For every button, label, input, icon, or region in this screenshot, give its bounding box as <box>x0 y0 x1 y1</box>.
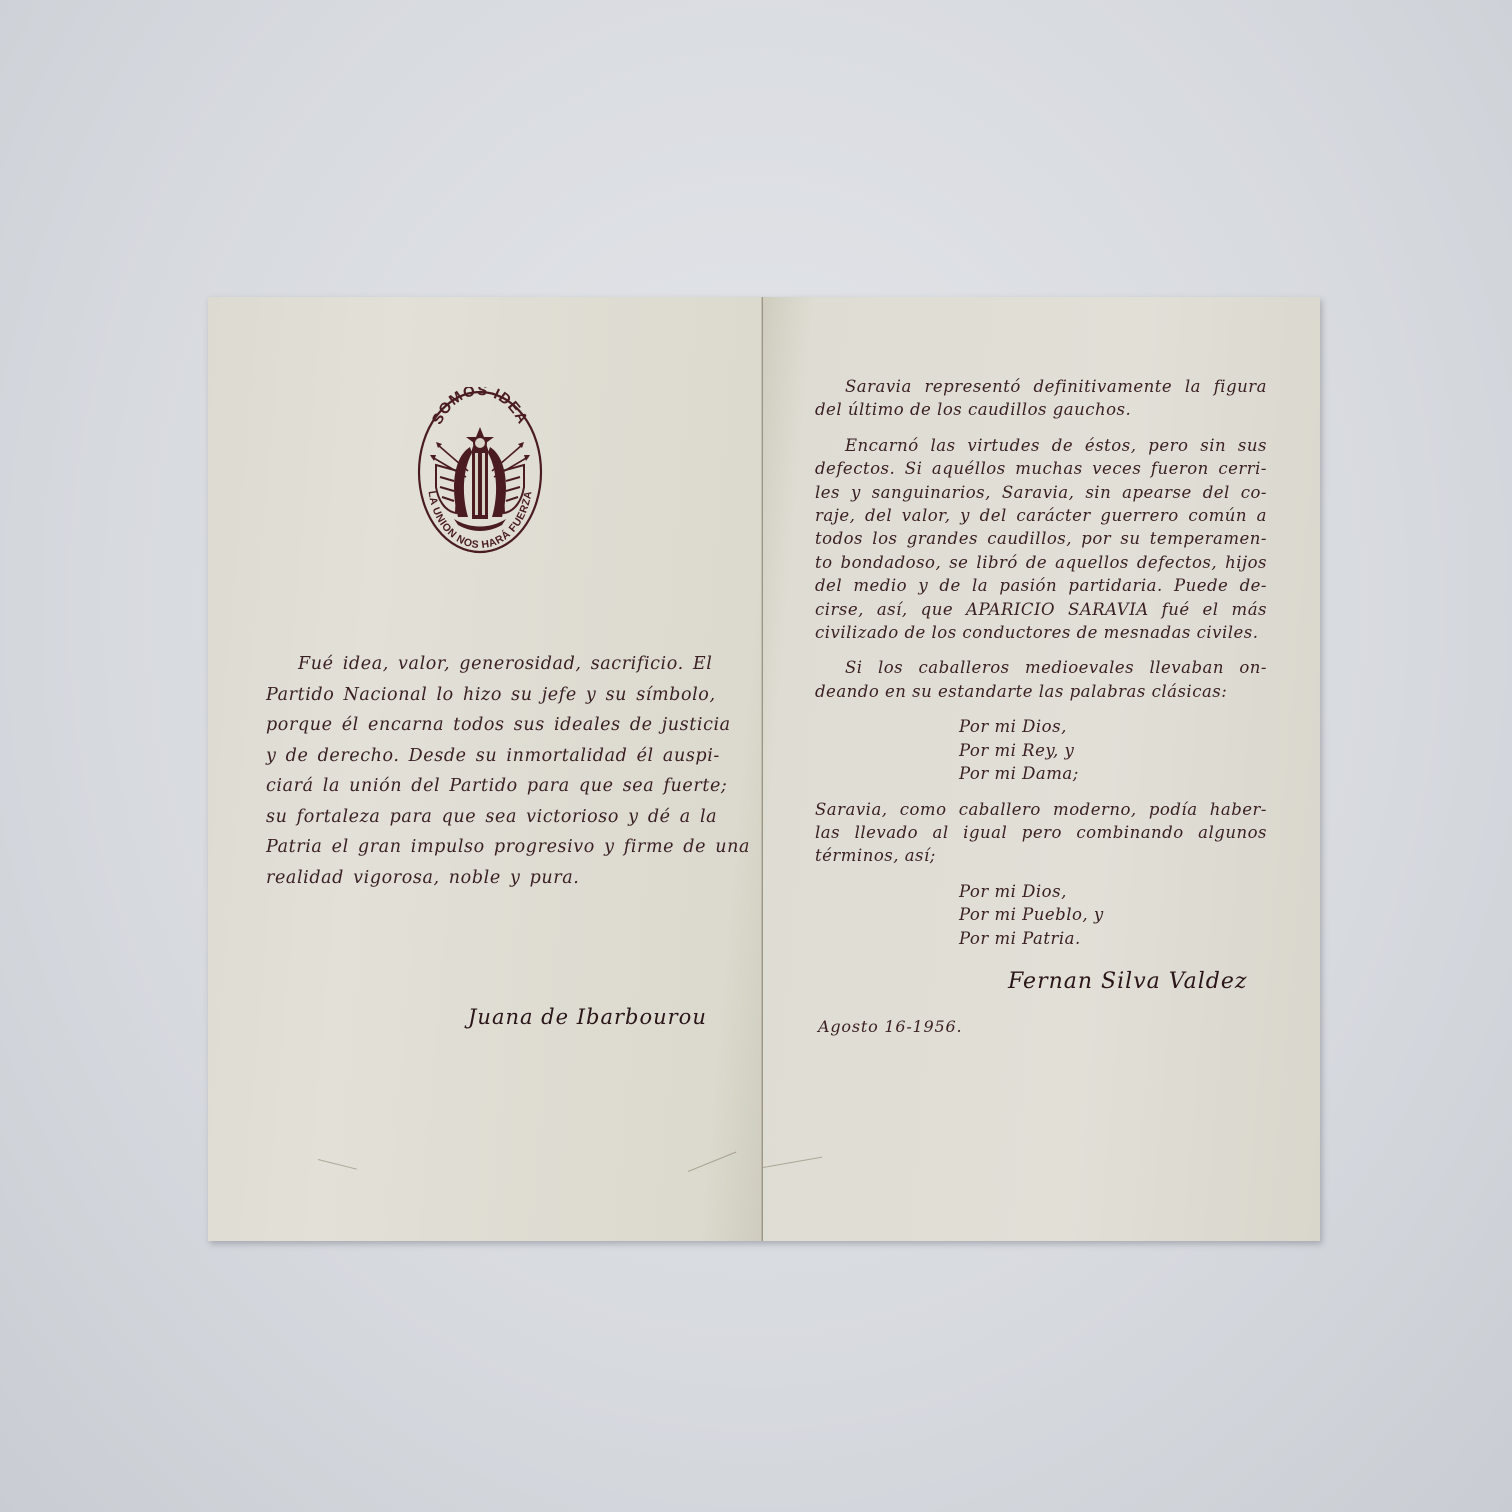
text-line: realidad vigorosa, noble y pura. <box>266 863 712 894</box>
text-line: del medio y de la pasión partidaria. Pue… <box>815 574 1267 597</box>
motto-line: Por mi Patria. <box>959 927 1267 950</box>
svg-text:SOMOS IDEA: SOMOS IDEA <box>429 387 532 427</box>
paragraph-2: Encarnó las virtudes de éstos, pero sin … <box>815 434 1267 645</box>
paragraph-1: Saravia representó definitivamente la fi… <box>815 375 1267 422</box>
party-seal-icon: SOMOS IDEA LA UNION NOS HARÁ FUERZA <box>414 387 546 557</box>
silva-valdez-text: Saravia representó definitivamente la fi… <box>815 375 1267 962</box>
paper-crease <box>318 1159 357 1170</box>
text-line: Encarnó las virtudes de éstos, pero sin … <box>815 434 1267 457</box>
motto-line: Por mi Rey, y <box>959 739 1267 762</box>
motto-line: Por mi Dios, <box>959 880 1267 903</box>
text-line: Saravia, como caballero moderno, podía h… <box>815 798 1267 821</box>
text-line: términos, así; <box>815 844 1267 867</box>
text-line: del último de los caudillos gauchos. <box>815 398 1267 421</box>
text-line: cirse, así, que APARICIO SARAVIA fué el … <box>815 598 1267 621</box>
paper-crease <box>763 1157 822 1168</box>
motto-line: Por mi Dios, <box>959 715 1267 738</box>
text-line: to bondadoso, se libró de aquellos defec… <box>815 551 1267 574</box>
ibarbourou-tribute-text: Fué idea, valor, generosidad, sacrificio… <box>266 649 712 893</box>
text-line: defectos. Si aquéllos muchas veces fuero… <box>815 457 1267 480</box>
text-line: y de derecho. Desde su inmortalidad él a… <box>266 741 712 772</box>
text-line: civilizado de los conductores de mesnada… <box>815 621 1267 644</box>
signature-ibarbourou: Juana de Ibarbourou <box>468 1005 707 1029</box>
text-line: raje, del valor, y del carácter guerrero… <box>815 504 1267 527</box>
motto-modern: Por mi Dios, Por mi Pueblo, y Por mi Pat… <box>815 880 1267 950</box>
motto-classic: Por mi Dios, Por mi Rey, y Por mi Dama; <box>815 715 1267 785</box>
left-page: SOMOS IDEA LA UNION NOS HARÁ FUERZA <box>208 297 763 1241</box>
signature-silva-valdez: Fernan Silva Valdez <box>1008 969 1247 994</box>
motto-line: Por mi Dama; <box>959 762 1267 785</box>
text-line: Partido Nacional lo hizo su jefe y su sí… <box>266 680 712 711</box>
text-line: Fué idea, valor, generosidad, sacrificio… <box>266 649 712 680</box>
document-date: Agosto 16-1956. <box>818 1017 962 1036</box>
text-line: todos los grandes caudillos, por su temp… <box>815 527 1267 550</box>
text-line: Si los caballeros medioevales llevaban o… <box>815 656 1267 679</box>
paragraph-4: Saravia, como caballero moderno, podía h… <box>815 798 1267 868</box>
motto-line: Por mi Pueblo, y <box>959 903 1267 926</box>
text-line: deando en su estandarte las palabras clá… <box>815 680 1267 703</box>
text-line: porque él encarna todos sus ideales de j… <box>266 710 712 741</box>
paragraph-3: Si los caballeros medioevales llevaban o… <box>815 656 1267 703</box>
text-line: Saravia representó definitivamente la fi… <box>815 375 1267 398</box>
right-page: Saravia representó definitivamente la fi… <box>763 297 1320 1241</box>
text-line: Patria el gran impulso progresivo y firm… <box>266 832 712 863</box>
text-line: las llevado al igual pero combinando alg… <box>815 821 1267 844</box>
leaflet: SOMOS IDEA LA UNION NOS HARÁ FUERZA <box>208 297 1320 1241</box>
text-line: ciará la unión del Partido para que sea … <box>266 771 712 802</box>
paper-crease <box>688 1152 737 1172</box>
text-line: su fortaleza para que sea victorioso y d… <box>266 802 712 833</box>
text-line: les y sanguinarios, Saravia, sin apearse… <box>815 481 1267 504</box>
